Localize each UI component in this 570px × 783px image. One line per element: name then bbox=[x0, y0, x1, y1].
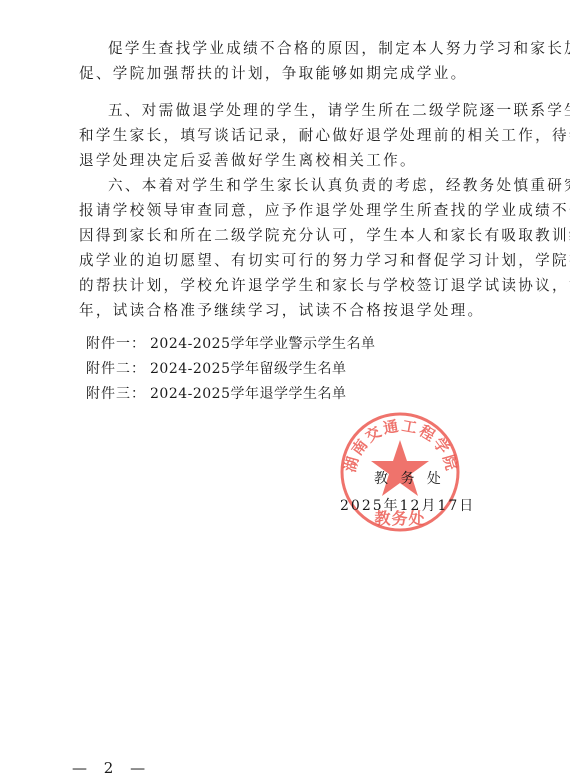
signature-date: 2025年12月17日 bbox=[340, 495, 475, 515]
text-line: 和学生家长，填写谈话记录，耐心做好退学处理前的相关工作，待学校做出 bbox=[79, 123, 523, 148]
text-line: 年，试读合格准予继续学习，试读不合格按退学处理。 bbox=[79, 298, 523, 323]
attachment-title: 2024-2025学年退学学生名单 bbox=[150, 386, 347, 402]
text-line: 退学处理决定后妥善做好学生离校相关工作。 bbox=[79, 148, 523, 173]
text-line: 成学业的迫切愿望、有切实可行的努力学习和督促学习计划，学院有相应 bbox=[79, 248, 523, 273]
attachment-label: 附件三： bbox=[86, 384, 144, 404]
attachment-2: 附件二：2024-2025学年留级学生名单 bbox=[86, 359, 347, 379]
attachment-label: 附件二： bbox=[86, 359, 144, 379]
page-number: — 2 — bbox=[72, 759, 151, 777]
attachment-title: 2024-2025学年学业警示学生名单 bbox=[150, 336, 376, 352]
text-line: 五、对需做退学处理的学生，请学生所在二级学院逐一联系学生本人 bbox=[79, 98, 523, 123]
text-line: 六、本着对学生和学生家长认真负责的考虑，经教务处慎重研究，并 bbox=[79, 173, 523, 198]
text-line: 的帮扶计划，学校允许退学学生和家长与学校签订退学试读协议，试读1 bbox=[79, 273, 523, 298]
paragraph-continuation: 促学生查找学业成绩不合格的原因，制定本人努力学习和家长加强督 促、学院加强帮扶的… bbox=[79, 36, 523, 86]
text-line: 促学生查找学业成绩不合格的原因，制定本人努力学习和家长加强督 bbox=[79, 36, 523, 61]
text-line: 报请学校领导审查同意，应予作退学处理学生所查找的学业成绩不合格原 bbox=[79, 198, 523, 223]
signature-office: 教 务 处 bbox=[374, 468, 445, 488]
text-line: 因得到家长和所在二级学院充分认可，学生本人和家长有吸取教训继续完 bbox=[79, 223, 523, 248]
attachment-3: 附件三：2024-2025学年退学学生名单 bbox=[86, 384, 347, 404]
document-page: 促学生查找学业成绩不合格的原因，制定本人努力学习和家长加强督 促、学院加强帮扶的… bbox=[0, 0, 570, 783]
text-line: 促、学院加强帮扶的计划，争取能够如期完成学业。 bbox=[79, 61, 523, 86]
attachment-1: 附件一：2024-2025学年学业警示学生名单 bbox=[86, 334, 376, 354]
paragraph-section-six: 六、本着对学生和学生家长认真负责的考虑，经教务处慎重研究，并 报请学校领导审查同… bbox=[79, 173, 523, 323]
paragraph-section-five: 五、对需做退学处理的学生，请学生所在二级学院逐一联系学生本人 和学生家长，填写谈… bbox=[79, 98, 523, 173]
attachment-label: 附件一： bbox=[86, 334, 144, 354]
attachment-title: 2024-2025学年留级学生名单 bbox=[150, 361, 347, 377]
